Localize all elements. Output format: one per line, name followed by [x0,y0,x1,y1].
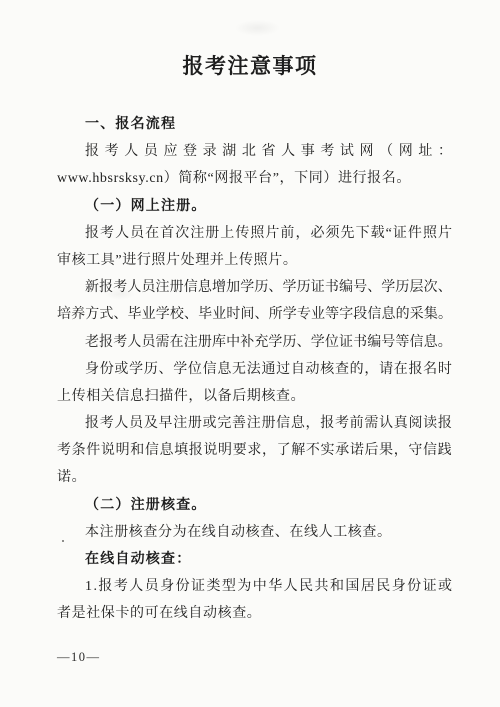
glyph: 、 [438,274,452,301]
document-page: 报考注意事项 一、报名流程 报考人员应登录湖北省人事考试网（网址： www.hb… [0,0,500,707]
glyph: 份 [176,573,190,600]
glyph: 层 [410,274,424,301]
glyph: 人 [124,138,138,165]
glyph: 册 [261,410,275,437]
glyph: 件 [86,437,100,464]
glyph: 册 [170,274,184,301]
glyph: 件 [408,220,422,247]
glyph: 员 [141,274,155,301]
paragraph-line: 诺。 [57,464,452,491]
glyph: ， [394,437,408,464]
glyph: 必 [310,220,324,247]
glyph: 片 [265,220,279,247]
glyph: 时 [226,301,240,328]
glyph: 请 [379,356,393,383]
page-title: 报考注意事项 [0,50,500,80]
glyph: 人 [127,329,141,356]
glyph: 业 [142,301,156,328]
glyph: 报 [85,220,99,247]
glyph: 承 [335,437,349,464]
glyph: 善 [232,410,246,437]
glyph: 网 [399,138,413,165]
scan-smudge-artifact [235,20,280,36]
glyph: 解 [291,437,305,464]
glyph: 人 [129,573,143,600]
glyph: 、 [113,301,127,328]
glyph: 人 [127,274,141,301]
glyph: 学 [283,301,297,328]
glyph: 省 [261,138,275,165]
glyph: 民 [376,573,390,600]
paragraph-line: 老报考人员需在注册库中补充学历、学位证书编号等信息。 [57,329,452,356]
glyph: 次 [175,220,189,247]
glyph: 专 [297,301,311,328]
glyph: 报 [98,573,112,600]
glyph: 业 [311,301,325,328]
glyph: 、 [159,356,173,383]
glyph: 信 [410,329,424,356]
glyph: 的 [350,356,364,383]
glyph: 身 [85,356,99,383]
glyph: 或 [438,573,452,600]
glyph: 北 [242,138,256,165]
glyph: 册 [205,220,219,247]
glyph: 考 [105,138,119,165]
glyph: 需 [156,329,170,356]
glyph: 及 [144,410,158,437]
glyph: 员 [129,410,143,437]
glyph: ， [262,437,276,464]
glyph: 说 [203,437,217,464]
glyph: 证 [339,329,353,356]
paragraph-line: 上传相关信息扫描件，以备后期核查。 [57,383,452,410]
glyph: ， [306,410,320,437]
glyph: 型 [222,573,236,600]
glyph: 集 [424,301,438,328]
glyph: 的 [396,301,410,328]
glyph: 和 [130,437,144,464]
glyph: 说 [101,437,115,464]
glyph: 息 [159,437,173,464]
glyph: 业 [212,301,226,328]
glyph: 注 [190,220,204,247]
page-number: —10— [57,650,101,665]
glyph: 查 [335,356,349,383]
glyph: 人 [284,573,298,600]
glyph: 前 [350,410,364,437]
glyph: 类 [206,573,220,600]
glyph: 需 [364,410,378,437]
glyph: 书 [353,329,367,356]
glyph: 学 [240,274,254,301]
glyph: 或 [203,410,217,437]
glyph: 考 [100,410,114,437]
glyph: 证 [191,573,205,600]
glyph: 报 [85,138,99,165]
glyph: 人 [114,410,128,437]
glyph: 新 [85,274,99,301]
glyph: 照 [250,220,264,247]
glyph: 载 [371,220,385,247]
glyph: 补 [240,329,254,356]
glyph: ， [364,356,378,383]
glyph: 息 [291,410,305,437]
glyph: 历 [395,274,409,301]
glyph: 传 [235,220,249,247]
glyph: 动 [306,356,320,383]
glyph: 名 [423,356,437,383]
glyph: 注 [247,410,261,437]
glyph: 下 [356,220,370,247]
glyph: 培 [57,301,71,328]
glyph: 早 [159,410,173,437]
glyph: 册 [198,329,212,356]
paragraph-line: 报考人员在首次注册上传照片前，必须先下载“证件照片 [57,220,452,247]
glyph: 学 [283,274,297,301]
glyph: 首 [160,220,174,247]
glyph: 在 [145,220,159,247]
glyph: 须 [326,220,340,247]
glyph: 信 [184,274,198,301]
glyph: 求 [247,437,261,464]
glyph: 不 [306,437,320,464]
glyph: 试 [340,138,354,165]
paragraph-line: 新报考人员注册信息增加学历、学历证书编号、学历层次、 [57,274,452,301]
glyph: 位 [325,329,339,356]
glyph: 报 [99,274,113,301]
glyph: 学 [129,356,143,383]
glyph: 息 [217,356,231,383]
glyph: 考 [100,220,114,247]
glyph: 注 [173,410,187,437]
glyph: 采 [410,301,424,328]
glyph: 登 [183,138,197,165]
glyph: 先 [341,220,355,247]
glyph: 所 [269,301,283,328]
scan-dot-artifact [62,540,64,542]
glyph: 完 [217,410,231,437]
glyph: 无 [232,356,246,383]
glyph: 、 [184,301,198,328]
glyph: 证 [311,274,325,301]
glyph: 加 [226,274,240,301]
glyph: 读 [423,410,437,437]
glyph: 考 [320,138,334,165]
glyph: 历 [254,274,268,301]
glyph: 考 [113,274,127,301]
glyph: 增 [212,274,226,301]
glyph: 实 [321,437,335,464]
paragraph-line: 报考人员及早注册或完善注册信息，报考前需认真阅读报 [57,410,452,437]
glyph: 学 [381,274,395,301]
glyph: 录 [203,138,217,165]
glyph: 或 [114,356,128,383]
glyph: 明 [116,437,130,464]
document-body: 一、报名流程 报考人员应登录湖北省人事考试网（网址： www.hbsrsksy.… [57,111,452,628]
paragraph-line: 考条件说明和信息填报说明要求，了解不实承诺后果，守信践 [57,437,452,464]
glyph: 息 [198,274,212,301]
glyph: 字 [339,301,353,328]
glyph: 考 [57,437,71,464]
glyph: 身 [160,573,174,600]
glyph: 毕 [198,301,212,328]
glyph: 上 [220,220,234,247]
glyph: 养 [71,301,85,328]
glyph: 。 [438,329,452,356]
glyph: 自 [291,356,305,383]
glyph: 诺 [350,437,364,464]
glyph: 践 [438,437,452,464]
glyph: 时 [438,356,452,383]
glyph: 事 [301,138,315,165]
paragraph-line: 本注册核查分为在线自动核查、在线人工核查。 [57,519,452,546]
glyph: 注 [184,329,198,356]
glyph: 报 [408,356,422,383]
glyph: 信 [276,410,290,437]
glyph: 身 [392,573,406,600]
glyph: ， [295,220,309,247]
glyph: 信 [203,356,217,383]
glyph: 员 [144,138,158,165]
glyph: 考 [335,410,349,437]
section-heading-registration-process: 一、报名流程 [57,111,452,138]
glyph: 息 [424,329,438,356]
glyph: 毕 [128,301,142,328]
glyph: 员 [145,573,159,600]
glyph: 校 [170,301,184,328]
glyph: 、 [367,274,381,301]
glyph: 息 [382,301,396,328]
glyph: 报 [189,437,203,464]
glyph: 册 [188,410,202,437]
glyph: 在 [394,356,408,383]
glyph: 共 [315,573,329,600]
glyph: 人 [115,220,129,247]
paragraph-line: 者是社保卡的可在线自动核查。 [57,600,452,627]
subsection-heading-registration-review: （二）注册核查。 [57,492,452,519]
glyph: 民 [299,573,313,600]
glyph: 1 [85,573,92,600]
glyph: 、 [255,301,269,328]
glyph: 真 [394,410,408,437]
glyph: 过 [276,356,290,383]
glyph: 式 [99,301,113,328]
glyph: 学 [156,301,170,328]
glyph: 照 [423,220,437,247]
glyph: 华 [268,573,282,600]
glyph: 信 [367,301,381,328]
glyph: 证 [423,573,437,600]
glyph: 址 [418,138,432,165]
glyph: 要 [233,437,247,464]
glyph: 中 [253,573,267,600]
glyph: 份 [407,573,421,600]
glyph: 阅 [408,410,422,437]
glyph: . [93,573,97,600]
glyph: 居 [361,573,375,600]
glyph: 等 [325,301,339,328]
glyph: 考 [114,573,128,600]
glyph: 注 [156,274,170,301]
glyph: 报 [320,410,334,437]
glyph: 法 [247,356,261,383]
glyph: 片 [438,220,452,247]
glyph: 、 [268,274,282,301]
glyph: （ [379,138,393,165]
glyph: 报 [85,410,99,437]
glyph: 。 [438,301,452,328]
glyph: 员 [130,220,144,247]
glyph: 后 [364,437,378,464]
glyph: 和 [330,573,344,600]
glyph: 库 [212,329,226,356]
glyph: 明 [218,437,232,464]
glyph: 书 [325,274,339,301]
glyph: 充 [254,329,268,356]
paragraph-line: 报考人员应登录湖北省人事考试网（网址： [57,138,452,165]
glyph: 等 [395,329,409,356]
glyph: 了 [277,437,291,464]
subheading-online-auto-check: 在线自动核查： [57,546,452,573]
glyph: 间 [240,301,254,328]
glyph: 网 [360,138,374,165]
glyph: 核 [320,356,334,383]
glyph: “ [386,220,392,247]
glyph: 考 [113,329,127,356]
glyph: 份 [100,356,114,383]
paragraph-line: 审核工具”进行照片处理并上传照片。 [57,247,452,274]
glyph: 前 [280,220,294,247]
glyph: ： [438,138,452,165]
glyph: 条 [72,437,86,464]
glyph: 历 [297,274,311,301]
glyph: 中 [226,329,240,356]
subsection-heading-online-registration: （一）网上注册。 [57,193,452,220]
paragraph-line: www.hbsrsksy.cn）简称“网报平台”，下同）进行报名。 [57,165,452,192]
glyph: 人 [281,138,295,165]
glyph: 方 [85,301,99,328]
glyph: 学 [311,329,325,356]
glyph: 填 [174,437,188,464]
glyph: 老 [85,329,99,356]
glyph: 学 [173,356,187,383]
glyph: 学 [268,329,282,356]
glyph: 应 [163,138,177,165]
glyph: 证 [393,220,407,247]
glyph: 报 [99,329,113,356]
glyph: 段 [353,301,367,328]
glyph: 次 [424,274,438,301]
glyph: 守 [408,437,422,464]
glyph: 、 [297,329,311,356]
glyph: 号 [381,329,395,356]
glyph: 编 [367,329,381,356]
glyph: 编 [339,274,353,301]
glyph: 信 [145,437,159,464]
glyph: 位 [188,356,202,383]
paragraph-line: 培养方式、毕业学校、毕业时间、所学专业等字段信息的采集。 [57,301,452,328]
glyph: 果 [379,437,393,464]
glyph: 为 [237,573,251,600]
glyph: 历 [144,356,158,383]
glyph: 湖 [222,138,236,165]
glyph: 历 [283,329,297,356]
glyph: 员 [141,329,155,356]
glyph: 信 [423,437,437,464]
paragraph-line: 身份或学历、学位信息无法通过自动核查的，请在报名时 [57,356,452,383]
glyph: 国 [345,573,359,600]
paragraph-line: 1.报考人员身份证类型为中华人民共和国居民身份证或 [57,573,452,600]
glyph: 号 [353,274,367,301]
glyph: 认 [379,410,393,437]
glyph: 报 [438,410,452,437]
glyph: 通 [261,356,275,383]
glyph: 在 [170,329,184,356]
